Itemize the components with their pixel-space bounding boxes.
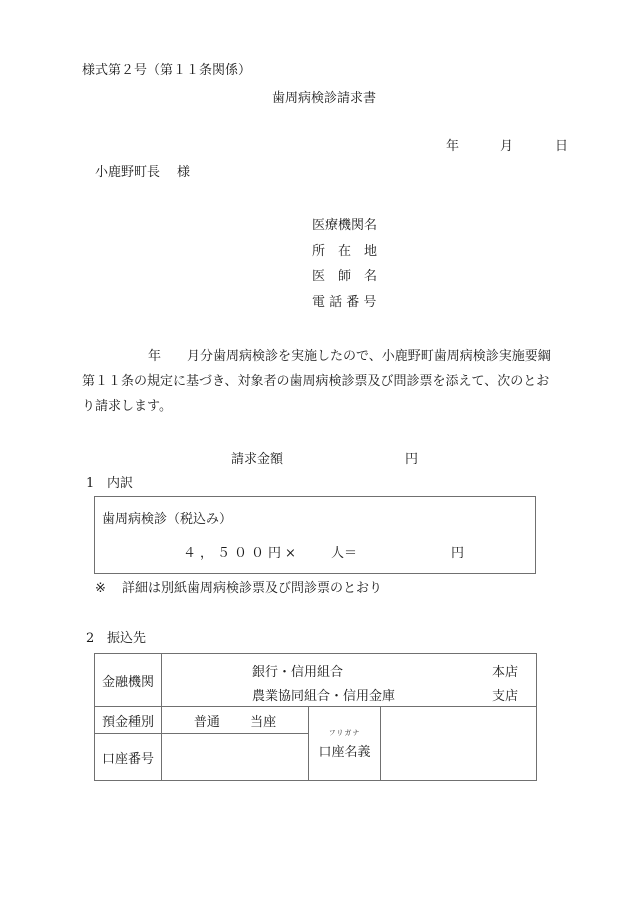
account-holder-furigana: フリガナ — [309, 728, 380, 738]
branch-sub: 支店 — [492, 685, 518, 704]
institution-label: 金融機関 — [102, 675, 154, 690]
addressee-name: 小鹿野町長 — [95, 166, 160, 179]
day-label: 日 — [555, 140, 568, 153]
breakdown-box: 歯周病検診（税込み） ４，５００円× 人＝ 円 — [94, 496, 536, 574]
breakdown-people: 人＝ — [331, 547, 357, 560]
account-type-label: 預金種別 — [102, 715, 154, 730]
institution-type-row: 農業協同組合・信用金庫 支店 — [162, 680, 536, 704]
note-text: 詳細は別紙歯周病検診票及び問診票のとおり — [122, 582, 382, 595]
account-holder-value-cell[interactable] — [381, 707, 537, 781]
body-line1: 月分歯周病検診を実施したので、小鹿野町歯周病検診実施要綱 — [187, 350, 551, 363]
breakdown-unit: 円 — [451, 547, 464, 560]
section1-number: 1 — [86, 477, 94, 490]
breakdown-item-title: 歯周病検診（税込み） — [102, 513, 232, 526]
account-number-label: 口座番号 — [102, 752, 154, 767]
institution-value-cell[interactable]: 銀行・信用組合 本店 農業協同組合・信用金庫 支店 — [162, 654, 537, 707]
note-mark: ※ — [95, 582, 106, 595]
year-label: 年 — [446, 140, 459, 153]
account-holder-label-cell: フリガナ 口座名義 — [309, 707, 381, 781]
claim-amount-label: 請求金額 — [231, 453, 283, 466]
account-type-current[interactable]: 当座 — [250, 715, 276, 730]
branch-main: 本店 — [492, 661, 518, 680]
account-number-label-cell: 口座番号 — [95, 734, 162, 781]
addressee-honorific: 様 — [177, 166, 190, 179]
institution-label-cell: 金融機関 — [95, 654, 162, 707]
field-doctor-name: 医 師 名 — [312, 270, 377, 283]
breakdown-price: ４，５００円× — [183, 547, 300, 560]
account-type-label-cell: 預金種別 — [95, 707, 162, 734]
field-institution-name: 医療機関名 — [312, 219, 377, 232]
body-line2: 第１１条の規定に基づき、対象者の歯周病検診票及び問診票を添えて、次のとお — [82, 375, 549, 388]
section2-title: 振込先 — [107, 632, 146, 645]
institution-type-row: 銀行・信用組合 本店 — [162, 656, 536, 680]
field-address: 所 在 地 — [312, 245, 377, 258]
account-number-value-cell[interactable] — [162, 734, 309, 781]
bank-transfer-table: 金融機関 銀行・信用組合 本店 農業協同組合・信用金庫 支店 預金種別 普通 当… — [94, 653, 537, 781]
section1-title: 内訳 — [107, 477, 133, 490]
section2-number: 2 — [86, 632, 94, 645]
institution-type-bank: 銀行・信用組合 — [252, 661, 343, 680]
institution-type-coop: 農業協同組合・信用金庫 — [252, 685, 395, 704]
field-phone: 電 話 番 号 — [312, 296, 376, 309]
body-year: 年 — [148, 350, 161, 363]
account-type-ordinary[interactable]: 普通 — [194, 715, 220, 730]
body-line3: り請求します。 — [82, 400, 172, 413]
account-holder-label: 口座名義 — [318, 745, 370, 760]
month-label: 月 — [500, 140, 513, 153]
document-title: 歯周病検診請求書 — [272, 92, 376, 105]
form-number: 様式第２号（第１１条関係） — [82, 64, 251, 77]
claim-amount-unit: 円 — [405, 453, 418, 466]
account-type-value-cell[interactable]: 普通 当座 — [162, 707, 309, 734]
